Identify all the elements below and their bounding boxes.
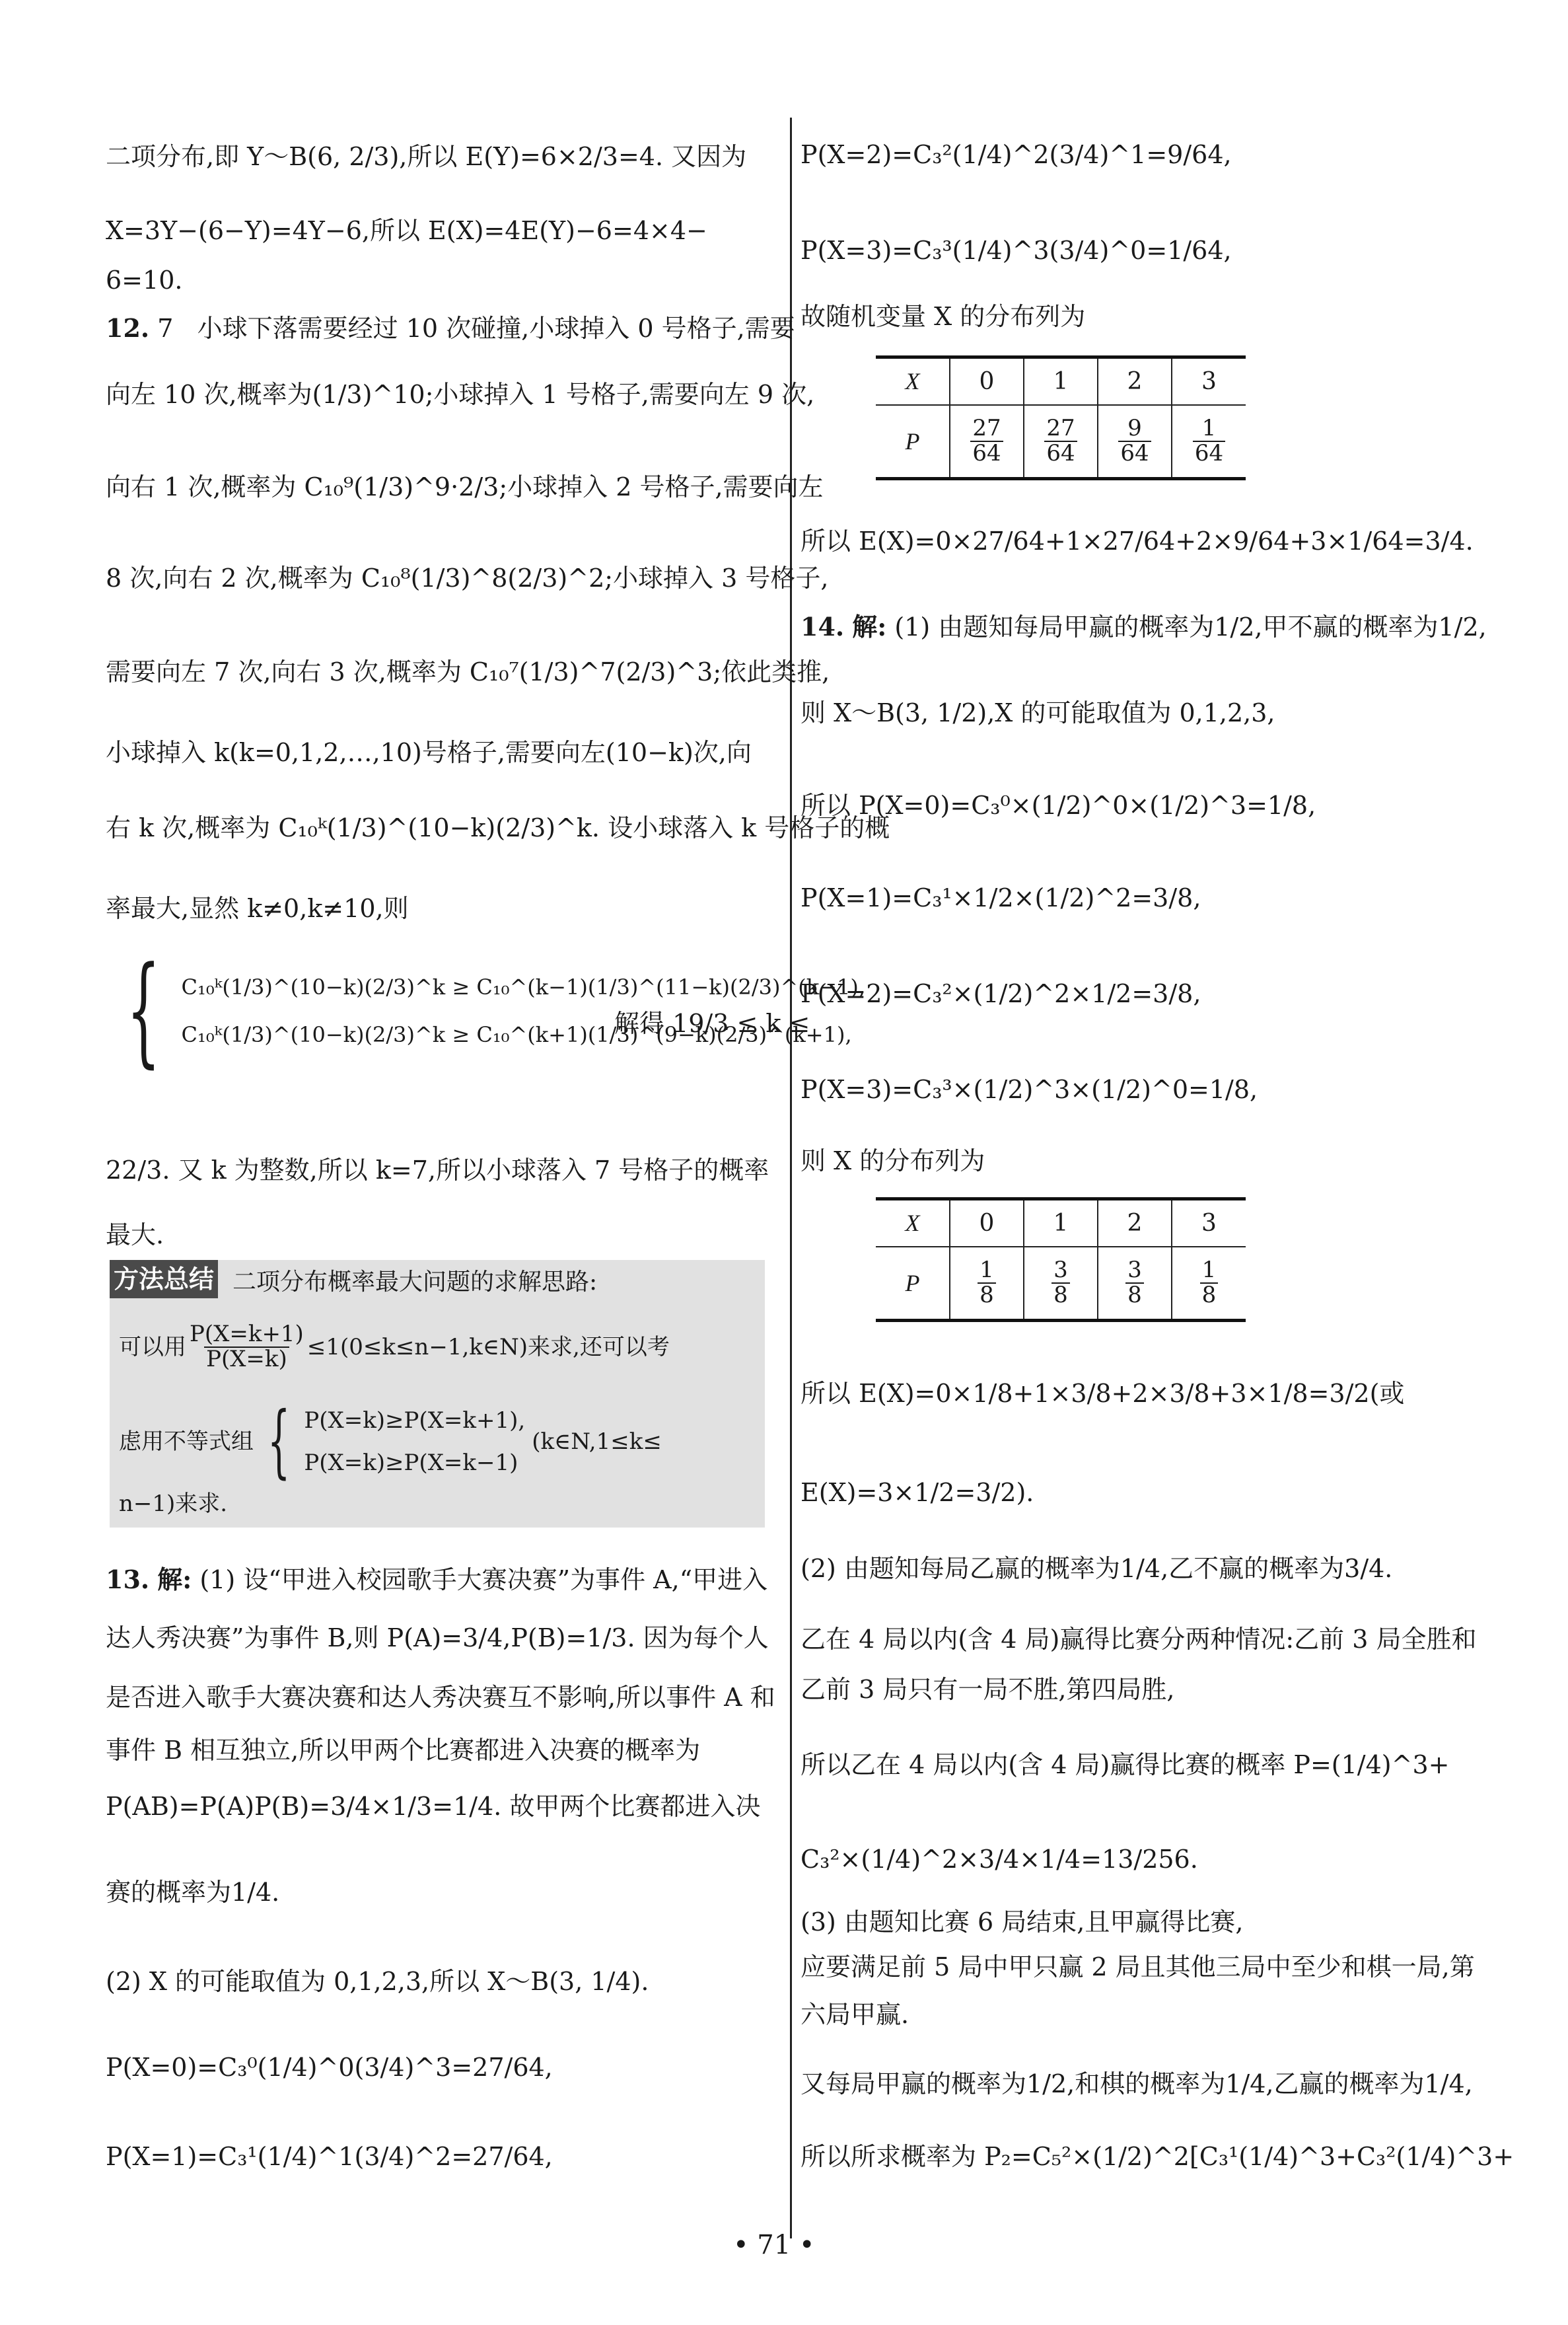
inequality-group: P(X=k)≥P(X=k+1), P(X=k)≥P(X=k−1) bbox=[304, 1409, 525, 1474]
question-12-line-5: 小球掉入 k(k=0,1,2,…,10)号格子,需要向左(10−k)次,向 bbox=[106, 740, 752, 765]
ratio-numerator: P(X=k+1) bbox=[188, 1323, 306, 1347]
table-header-row: X 0 1 2 3 bbox=[876, 1199, 1246, 1247]
table-cell: 0 bbox=[950, 1199, 1024, 1247]
column-divider bbox=[790, 118, 792, 2238]
question-13-number: 13. bbox=[106, 1565, 149, 1594]
part-2-line-2: 乙前 3 局只有一局不胜,第四局胜, bbox=[801, 1677, 1175, 1702]
ratio-fraction: P(X=k+1) P(X=k) bbox=[188, 1323, 306, 1371]
summary-text: ≤1(0≤k≤n−1,k∈N)来求,还可以考 bbox=[307, 1336, 670, 1358]
expectation-line-2a: 所以 E(X)=0×1/8+1×3/8+2×3/8+3×1/8=3/2(或 bbox=[801, 1381, 1404, 1406]
part-3-line-3: 又每局甲赢的概率为1/2,和棋的概率为1/4,乙赢的概率为1/4, bbox=[801, 2071, 1473, 2096]
question-12-number: 12. bbox=[106, 313, 149, 343]
question-12-line-7: 率最大,显然 k≠0,k≠10,则 bbox=[106, 896, 409, 921]
table-cell: P bbox=[876, 405, 950, 479]
table-cell: 18 bbox=[950, 1247, 1024, 1321]
question-13-line-7: P(X=0)=C₃⁰(1/4)^0(3/4)^3=27/64, bbox=[106, 2055, 553, 2080]
question-12-answer: 7 bbox=[157, 314, 173, 343]
inequality-1: P(X=k)≥P(X=k+1), bbox=[304, 1409, 525, 1432]
summary-text: (k∈N,1≤k≤ bbox=[532, 1430, 662, 1453]
page-number: • 71 • bbox=[733, 2230, 815, 2260]
method-summary-title: 二项分布概率最大问题的求解思路: bbox=[232, 1271, 597, 1294]
q13-cont-line-1: P(X=3)=C₃³(1/4)^3(3/4)^0=1/64, bbox=[801, 238, 1232, 263]
question-13-line-0: 13. 解: (1) 设“甲进入校园歌手大赛决赛”为事件 A,“甲进入 bbox=[106, 1567, 767, 1592]
part-2-line-0: (2) 由题知每局乙赢的概率为1/4,乙不赢的概率为3/4. bbox=[801, 1556, 1392, 1581]
part-3-line-1: 应要满足前 5 局中甲只赢 2 局且其他三局中至少和棋一局,第 bbox=[801, 1954, 1475, 1979]
question-14-line-6: 则 X 的分布列为 bbox=[801, 1148, 985, 1173]
question-13-line-1: 达人秀决赛”为事件 B,则 P(A)=3/4,P(B)=1/3. 因为每个人 bbox=[106, 1625, 769, 1650]
table-cell: 2 bbox=[1098, 357, 1172, 405]
table-cell: 2764 bbox=[1024, 405, 1098, 479]
question-14-line-1: 则 X～B(3, 1/2),X 的可能取值为 0,1,2,3, bbox=[801, 700, 1275, 725]
part-3-line-0: (3) 由题知比赛 6 局结束,且甲赢得比赛, bbox=[801, 1909, 1243, 1935]
table-cell: 1 bbox=[1024, 1199, 1098, 1247]
question-12-line-4: 需要向左 7 次,向右 3 次,概率为 C₁₀⁷(1/3)^7(2/3)^3;依… bbox=[106, 659, 830, 684]
table-cell: 18 bbox=[1172, 1247, 1246, 1321]
part-2-line-4: C₃²×(1/4)^2×3/4×1/4=13/256. bbox=[801, 1847, 1198, 1872]
continuation-line-2: X=3Y−(6−Y)=4Y−6,所以 E(X)=4E(Y)−6=4×4− bbox=[106, 218, 707, 243]
question-14-line-0: 14. 解: (1) 由题知每局甲赢的概率为1/2,甲不赢的概率为1/2, bbox=[801, 614, 1487, 640]
q13-cont-line-0: P(X=2)=C₃²(1/4)^2(3/4)^1=9/64, bbox=[801, 142, 1232, 167]
question-13-label: 解: bbox=[157, 1565, 192, 1594]
question-14-line-5: P(X=3)=C₃³×(1/2)^3×(1/2)^0=1/8, bbox=[801, 1077, 1258, 1102]
table-cell: 38 bbox=[1098, 1247, 1172, 1321]
question-13-line-5: 赛的概率为1/4. bbox=[106, 1880, 279, 1905]
summary-text: 虑用不等式组 bbox=[119, 1430, 254, 1453]
table-cell: 0 bbox=[950, 357, 1024, 405]
table-cell: X bbox=[876, 1199, 950, 1247]
question-13-text: (1) 设“甲进入校园歌手大赛决赛”为事件 A,“甲进入 bbox=[199, 1565, 767, 1594]
table-prob-row: P 2764 2764 964 164 bbox=[876, 405, 1246, 479]
table-prob-row: P 18 38 38 18 bbox=[876, 1247, 1246, 1321]
question-13-line-4: P(AB)=P(A)P(B)=3/4×1/3=1/4. 故甲两个比赛都进入决 bbox=[106, 1794, 760, 1819]
distribution-table-2: X 0 1 2 3 P 18 38 38 18 bbox=[876, 1197, 1246, 1322]
q13-cont-line-2: 故随机变量 X 的分布列为 bbox=[801, 304, 1085, 329]
inequality-row-1: C₁₀ᵏ(1/3)^(10−k)(2/3)^k ≥ C₁₀^(k−1)(1/3)… bbox=[182, 977, 865, 998]
question-12-line-1: 向左 10 次,概率为(1/3)^10;小球掉入 1 号格子,需要向左 9 次, bbox=[106, 382, 814, 407]
table-cell: 964 bbox=[1098, 405, 1172, 479]
table-cell: P bbox=[876, 1247, 950, 1321]
table-header-row: X 0 1 2 3 bbox=[876, 357, 1246, 405]
inequality-2: P(X=k)≥P(X=k−1) bbox=[304, 1452, 525, 1474]
question-13-line-2: 是否进入歌手大赛决赛和达人秀决赛互不影响,所以事件 A 和 bbox=[106, 1685, 775, 1710]
question-12-line-0: 12. 7 小球下落需要经过 10 次碰撞,小球掉入 0 号格子,需要 bbox=[106, 316, 795, 341]
question-14-line-2: 所以 P(X=0)=C₃⁰×(1/2)^0×(1/2)^3=1/8, bbox=[801, 793, 1316, 818]
distribution-table-1: X 0 1 2 3 P 2764 2764 964 164 bbox=[876, 355, 1246, 480]
summary-text: 可以用 bbox=[119, 1336, 186, 1358]
method-summary-line-1: 可以用 P(X=k+1) P(X=k) ≤1(0≤k≤n−1,k∈N)来求,还可… bbox=[119, 1323, 670, 1371]
continuation-line-3: 6=10. bbox=[106, 268, 182, 293]
table-cell: 38 bbox=[1024, 1247, 1098, 1321]
table-cell: 164 bbox=[1172, 405, 1246, 479]
part-2-line-1: 乙在 4 局以内(含 4 局)赢得比赛分两种情况:乙前 3 局全胜和 bbox=[801, 1627, 1476, 1652]
method-summary-line-2: 虑用不等式组 { P(X=k)≥P(X=k+1), P(X=k)≥P(X=k−1… bbox=[119, 1402, 662, 1481]
question-12-after-1: 22/3. 又 k 为整数,所以 k=7,所以小球落入 7 号格子的概率 bbox=[106, 1158, 769, 1183]
method-summary-tag: 方法总结 bbox=[110, 1260, 218, 1298]
question-14-line-4: P(X=2)=C₃²×(1/2)^2×1/2=3/8, bbox=[801, 981, 1201, 1006]
table-cell: 1 bbox=[1024, 357, 1098, 405]
expectation-line-2b: E(X)=3×1/2=3/2). bbox=[801, 1480, 1034, 1505]
question-12-after-2: 最大. bbox=[106, 1222, 164, 1247]
part-2-line-3: 所以乙在 4 局以内(含 4 局)赢得比赛的概率 P=(1/4)^3+ bbox=[801, 1752, 1449, 1777]
ratio-denominator: P(X=k) bbox=[204, 1347, 289, 1372]
table-cell: 2764 bbox=[950, 405, 1024, 479]
table-cell: X bbox=[876, 357, 950, 405]
method-summary-line-3: n−1)来求. bbox=[119, 1493, 227, 1515]
question-12-line-3: 8 次,向右 2 次,概率为 C₁₀⁸(1/3)^8(2/3)^2;小球掉入 3… bbox=[106, 566, 828, 591]
question-12-line-6: 右 k 次,概率为 C₁₀ᵏ(1/3)^(10−k)(2/3)^k. 设小球落入… bbox=[106, 815, 890, 840]
question-12-line-2: 向右 1 次,概率为 C₁₀⁹(1/3)^9·2/3;小球掉入 2 号格子,需要… bbox=[106, 474, 824, 499]
expectation-line-1: 所以 E(X)=0×27/64+1×27/64+2×9/64+3×1/64=3/… bbox=[801, 529, 1474, 554]
question-12-text: 小球下落需要经过 10 次碰撞,小球掉入 0 号格子,需要 bbox=[197, 314, 795, 343]
continuation-line-1: 二项分布,即 Y～B(6, 2/3),所以 E(Y)=6×2/3=4. 又因为 bbox=[106, 144, 746, 169]
question-14-label: 解: bbox=[852, 612, 886, 642]
question-13-line-8: P(X=1)=C₃¹(1/4)^1(3/4)^2=27/64, bbox=[106, 2144, 553, 2169]
question-13-line-6: (2) X 的可能取值为 0,1,2,3,所以 X～B(3, 1/4). bbox=[106, 1969, 649, 1994]
part-3-line-4: 所以所求概率为 P₂=C₅²×(1/2)^2[C₃¹(1/4)^3+C₃²(1/… bbox=[801, 2144, 1514, 2169]
part-3-line-2: 六局甲赢. bbox=[801, 2002, 909, 2027]
question-14-text: (1) 由题知每局甲赢的概率为1/2,甲不赢的概率为1/2, bbox=[894, 612, 1486, 642]
solve-text: 解得 19/3 ≤ k ≤ bbox=[614, 1011, 810, 1036]
left-brace: { bbox=[267, 1402, 290, 1481]
method-summary-box: 方法总结 二项分布概率最大问题的求解思路: 可以用 P(X=k+1) P(X=k… bbox=[110, 1260, 765, 1528]
question-14-line-3: P(X=1)=C₃¹×1/2×(1/2)^2=3/8, bbox=[801, 885, 1201, 910]
table-cell: 2 bbox=[1098, 1199, 1172, 1247]
table-cell: 3 bbox=[1172, 1199, 1246, 1247]
table-cell: 3 bbox=[1172, 357, 1246, 405]
left-brace: { bbox=[126, 951, 160, 1070]
question-13-line-3: 事件 B 相互独立,所以甲两个比赛都进入决赛的概率为 bbox=[106, 1738, 700, 1763]
question-14-number: 14. bbox=[801, 612, 844, 642]
